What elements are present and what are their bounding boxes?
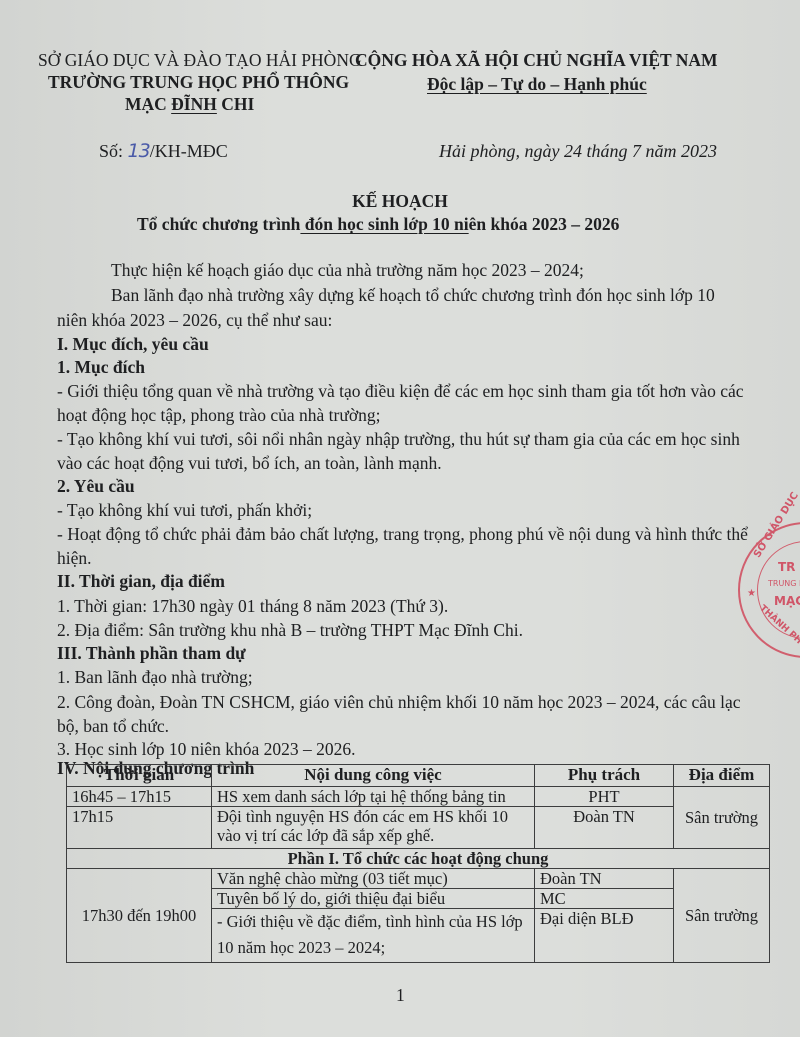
section-heading: I. Mục đích, yêu cầu (57, 334, 209, 355)
cell-owner: Đoàn TN (535, 807, 674, 849)
cell-time: 16h45 – 17h15 (67, 787, 212, 807)
cell-content: Tuyên bố lý do, giới thiệu đại biểu (212, 889, 535, 909)
document-number: Số: 13/KH-MĐC (99, 140, 228, 162)
school-name-part: CHI (217, 94, 254, 114)
subtitle-underlined: đón học sinh lớp 10 ni (300, 214, 468, 234)
body-line: 3. Học sinh lớp 10 niên khóa 2023 – 2026… (57, 739, 355, 760)
section-title-cell: Phần I. Tổ chức các hoạt động chung (67, 849, 770, 869)
body-line: - Tạo không khí vui tươi, phấn khởi; (57, 500, 312, 521)
intro-paragraph: Thực hiện kế hoạch giáo dục của nhà trườ… (111, 260, 584, 281)
header-time: Thời gian (67, 765, 212, 787)
program-table: Thời gian Nội dung công việc Phụ trách Đ… (66, 764, 770, 963)
stamp-inner-text: TRUNG H (768, 579, 800, 588)
school-name-part: MẠC (125, 94, 171, 114)
cell-owner: Đại diện BLĐ (535, 909, 674, 963)
place-date: Hải phòng, ngày 24 tháng 7 năm 2023 (439, 141, 717, 162)
cell-content: HS xem danh sách lớp tại hệ thống bảng t… (212, 787, 535, 807)
subsection-heading: 1. Mục đích (57, 357, 145, 378)
stamp-inner-text: TR (778, 560, 795, 574)
department-name: SỞ GIÁO DỤC VÀ ĐÀO TẠO HẢI PHÒNG (38, 50, 362, 71)
header-owner: Phụ trách (535, 765, 674, 787)
cell-content: Đội tình nguyện HS đón các em HS khối 10… (212, 807, 535, 849)
cell-time: 17h15 (67, 807, 212, 849)
table-row: 17h30 đến 19h00 Văn nghệ chào mừng (03 t… (67, 869, 770, 889)
body-line: 2. Công đoàn, Đoàn TN CSHCM, giáo viên c… (57, 692, 741, 713)
national-title: CỘNG HÒA XÃ HỘI CHỦ NGHĨA VIỆT NAM (355, 50, 718, 71)
cell-time: 17h30 đến 19h00 (67, 869, 212, 963)
table-row: 16h45 – 17h15 HS xem danh sách lớp tại h… (67, 787, 770, 807)
subtitle-part: Tổ chức chương trình (137, 214, 300, 234)
cell-owner: MC (535, 889, 674, 909)
school-name-underlined: ĐĨNH (171, 94, 217, 114)
cell-location: Sân trường (674, 869, 770, 963)
document-number-suffix: /KH-MĐC (150, 141, 228, 161)
header-content: Nội dung công việc (212, 765, 535, 787)
body-line: 1. Thời gian: 17h30 ngày 01 tháng 8 năm … (57, 596, 448, 617)
intro-paragraph: Ban lãnh đạo nhà trường xây dựng kế hoạc… (111, 285, 715, 306)
stamp-star-icon: ★ (747, 588, 756, 599)
body-line: 2. Địa điểm: Sân trường khu nhà B – trườ… (57, 620, 523, 641)
national-motto: Độc lập – Tự do – Hạnh phúc (427, 74, 647, 95)
body-line: 1. Ban lãnh đạo nhà trường; (57, 667, 253, 688)
cell-content: Văn nghệ chào mừng (03 tiết mục) (212, 869, 535, 889)
body-line: vào các hoạt động vui tươi, bổ ích, an t… (57, 453, 442, 474)
document-number-label: Số: (99, 141, 123, 161)
document-title: KẾ HOẠCH (0, 191, 800, 212)
body-line: bộ, ban tổ chức. (57, 716, 169, 737)
table-section-row: Phần I. Tổ chức các hoạt động chung (67, 849, 770, 869)
section-heading: II. Thời gian, địa điểm (57, 571, 225, 592)
document-page: SỞ GIÁO DỤC VÀ ĐÀO TẠO HẢI PHÒNG TRƯỜNG … (0, 0, 800, 1037)
subtitle-part: ên khóa 2023 – 2026 (469, 214, 620, 234)
body-line: - Tạo không khí vui tươi, sôi nổi nhân n… (57, 429, 740, 450)
document-number-handwritten: 13 (128, 140, 150, 162)
section-heading: III. Thành phần tham dự (57, 643, 246, 664)
cell-owner: Đoàn TN (535, 869, 674, 889)
subsection-heading: 2. Yêu cầu (57, 476, 135, 497)
school-name: MẠC ĐĨNH CHI (125, 94, 254, 115)
cell-owner: PHT (535, 787, 674, 807)
body-line: hiện. (57, 548, 92, 569)
cell-content: - Giới thiệu về đặc điểm, tình hình của … (212, 909, 535, 963)
body-line: - Giới thiệu tổng quan về nhà trường và … (57, 381, 744, 402)
header-location: Địa điểm (674, 765, 770, 787)
table-header-row: Thời gian Nội dung công việc Phụ trách Đ… (67, 765, 770, 787)
school-type: TRƯỜNG TRUNG HỌC PHỔ THÔNG (48, 72, 349, 93)
table-row: 17h15 Đội tình nguyện HS đón các em HS k… (67, 807, 770, 849)
document-subtitle: Tổ chức chương trình đón học sinh lớp 10… (137, 214, 619, 235)
stamp-inner-text: MẠC (774, 594, 800, 608)
page-number: 1 (396, 985, 405, 1006)
cell-location: Sân trường (674, 787, 770, 849)
body-line: hoạt động học tập, phong trào của nhà tr… (57, 405, 380, 426)
body-line: - Hoạt động tổ chức phải đảm bảo chất lư… (57, 524, 748, 545)
intro-paragraph: niên khóa 2023 – 2026, cụ thể như sau: (57, 310, 332, 331)
